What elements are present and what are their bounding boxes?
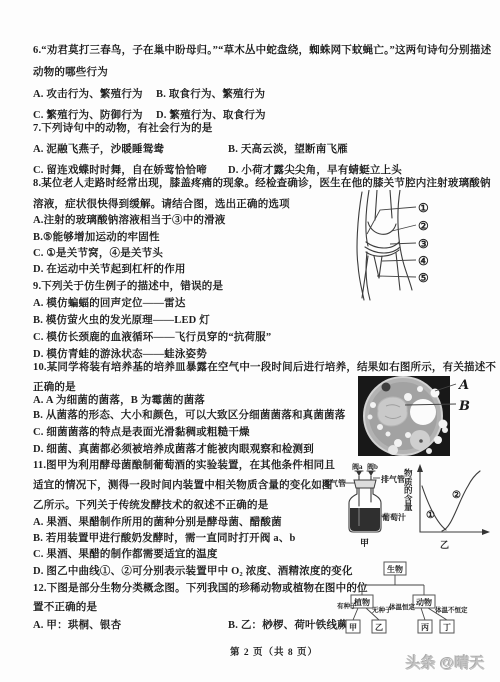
q11-option-a: A. 果酒、果醋制作所用的菌种分别是酵母菌、醋酸菌 <box>33 517 282 529</box>
valve-b-label: 阀b <box>367 462 378 471</box>
q8-option-c: C. ①是关节窝，④是关节头 <box>33 248 163 260</box>
knee-joint-drawing <box>357 190 412 300</box>
q10-option-a: A. A 为细菌的菌落，B 为霉菌的菌落 <box>33 395 205 407</box>
knee-joint-figure: ① ② ③ ④ ⑤ <box>352 190 444 302</box>
q11-line-1: 11.图甲为利用酵母菌酿制葡萄酒的实验装置，在其他条件相同且 <box>33 460 335 472</box>
petri-label-a: A <box>457 378 469 393</box>
node-yi-label: 乙 <box>375 623 383 632</box>
knee-label-5: ⑤ <box>418 271 429 285</box>
q8-line-2: 溶液，症状很快得到缓解。请结合图，选出正确的选项 <box>33 199 290 211</box>
q9-option-b: B. 模仿萤火虫的发光原理——LED 灯 <box>33 315 210 327</box>
knee-label-2: ② <box>418 219 429 233</box>
q6-line-2: 动物的哪些行为 <box>33 67 108 79</box>
curve-2 <box>442 471 480 531</box>
exam-page: 6.“劝君莫打三春鸟，子在巢中盼母归。”“草木丛中蛇盘绕，蜘蛛网下蚊蝇亡。”这两… <box>0 0 500 682</box>
branch-seed: 有种子 <box>337 601 357 610</box>
grape-juice-liquid <box>350 508 380 531</box>
q7-option-d: D. 小荷才露尖尖角，早有蜻蜓立上头 <box>228 165 402 177</box>
graph-caption: 乙 <box>440 540 449 550</box>
q10-option-c: C. 细菌菌落的特点是表面光滑黏稠或粗糙干燥 <box>33 427 250 439</box>
page-number: 第 2 页（共 8 页） <box>230 644 318 658</box>
node-root-label: 生物 <box>387 564 403 574</box>
q11-option-b: B. 若用装置甲进行酸奶发酵时，需一直同时打开阀 a、b <box>33 533 296 545</box>
bottle <box>349 480 381 532</box>
fermentation-figure: 阀a 阀b 通气管 排气管 葡萄汁 甲 <box>314 456 414 552</box>
q11-option-d: D. 图乙中曲线①、②可分别表示装置甲中 O₂ 浓度、酒精浓度的变化 <box>33 566 353 578</box>
apparatus-caption: 甲 <box>360 538 369 548</box>
valves <box>355 471 375 476</box>
substance-graph: ① ② 乙 <box>408 460 492 552</box>
q12-line-1: 12.下图是部分生物分类概念图。下列我国的珍稀动物或植物在图中的位 <box>33 583 368 595</box>
q11-option-c: C. 果酒、果醋的制作都需要适宜的温度 <box>33 549 218 561</box>
q8-option-d: D. 在运动中关节起到杠杆的作用 <box>33 264 186 276</box>
q11-line-3: 乙所示。下列关于传统发酵技术的叙述不正确的是 <box>33 500 268 512</box>
curve-1-label: ① <box>426 510 435 521</box>
q12-line-2: 置不正确的是 <box>33 602 97 614</box>
q6-option-a: A. 攻击行为、繁殖行为 <box>33 89 143 101</box>
vent-label: 通气管 <box>322 478 346 488</box>
q6-option-c: C. 繁殖行为、防御行为 <box>33 110 143 122</box>
curve-2-label: ② <box>452 490 461 501</box>
watermark: 头条 @晴天 <box>406 652 485 673</box>
q9-option-a: A. 模仿蝙蝠的回声定位——雷达 <box>33 298 186 310</box>
q12-option-b: B. 乙：桫椤、荷叶铁线蕨 <box>228 620 348 632</box>
q8-option-b: B.⑤能够增加运动的牢固性 <box>33 232 160 244</box>
q10-option-d: D. 细菌、真菌都必须被培养成菌落才能被肉眼观察和检测到 <box>33 444 314 456</box>
q11-line-2: 适宜的情况下，测得一段时间内装置中相关物质含量的变化如图 <box>33 480 333 492</box>
node-animal-label: 动物 <box>416 597 432 607</box>
knee-label-4: ④ <box>418 254 429 268</box>
petri-label-b: B <box>458 399 470 414</box>
branch-cold: 体温不恒定 <box>435 605 468 614</box>
juice-label: 葡萄汁 <box>381 512 406 522</box>
valve-a-label: 阀a <box>352 462 363 471</box>
q8-line-1: 8.某位老人走路时经常出现，膝盖疼痛的现象。经检查确诊，医生在他的膝关节腔内注射… <box>33 178 491 190</box>
q7-line-1: 7.下列诗句中的动物，有社会行为的是 <box>33 123 212 135</box>
petri-dish-figure: A B <box>358 372 474 466</box>
knee-label-3: ③ <box>418 237 429 251</box>
q12-option-a: A. 甲：珙桐、银杏 <box>33 620 121 632</box>
q9-line-1: 9.下列关于仿生例子的描述中，错误的是 <box>33 281 223 293</box>
curve-1 <box>422 486 446 530</box>
mold-colony <box>378 397 408 426</box>
branch-warm: 体温恒定 <box>389 602 416 611</box>
q6-line-1: 6.“劝君莫打三春鸟，子在巢中盼母归。”“草木丛中蛇盘绕，蜘蛛网下蚊蝇亡。”这两… <box>33 45 491 57</box>
node-jia-label: 甲 <box>349 623 357 632</box>
q7-option-c: C. 留连戏蝶时时舞，自在娇莺恰恰啼 <box>33 165 207 177</box>
q7-option-b: B. 天高云淡，望断南飞雁 <box>228 144 348 156</box>
q9-option-c: C. 模仿长颈鹿的血液循环——飞行员穿的“抗荷服” <box>33 332 271 344</box>
q6-option-d: D. 繁殖行为、取食行为 <box>156 110 266 122</box>
q6-option-b: B. 取食行为、繁殖行为 <box>156 89 265 101</box>
node-bing-label: 丙 <box>421 622 429 632</box>
knee-label-1: ① <box>418 201 429 215</box>
q7-option-a: A. 泥融飞燕子，沙暖睡鸳鸯 <box>33 144 164 156</box>
q8-option-a: A.注射的玻璃酸钠溶液相当于③中的滑液 <box>33 215 226 227</box>
q10-line-2: 正确的是 <box>33 382 76 394</box>
exhaust-label: 排气管 <box>380 474 405 484</box>
q9-option-d: D. 模仿青蛙的游泳状态——蛙泳姿势 <box>33 349 207 361</box>
q10-option-b: B. 从菌落的形态、大小和颜色，可以大致区分细菌菌落和真菌菌落 <box>33 410 345 422</box>
classification-concept-map: 生物 植物 动物 有种子 无种子 体温恒定 体温不恒定 甲 乙 丙 丁 <box>336 554 476 638</box>
node-ding-label: 丁 <box>443 622 451 632</box>
